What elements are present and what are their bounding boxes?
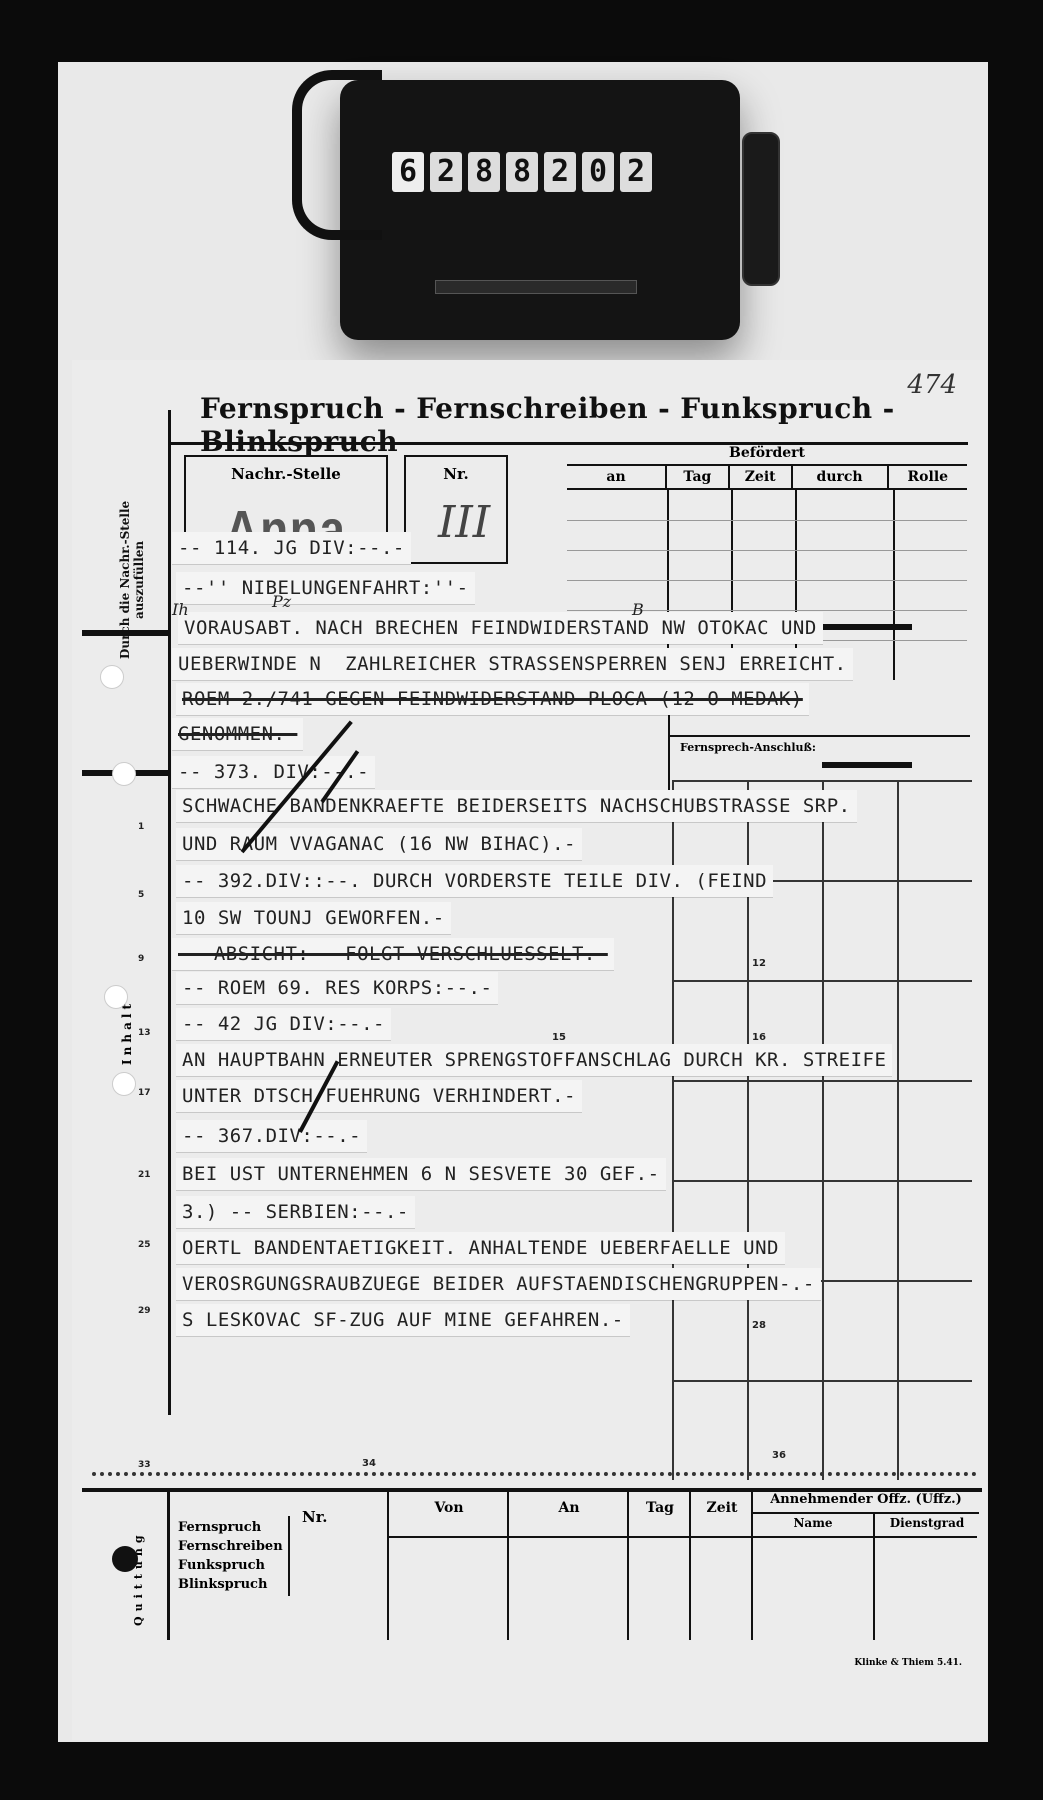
grid-number: 36: [772, 1450, 786, 1461]
quittung-section: Quittung Fernspruch Fernschreiben Funksp…: [82, 1488, 982, 1648]
tape-line: --'' NIBELUNGENFAHRT:''-: [176, 572, 475, 604]
line-number: 33: [138, 1460, 151, 1470]
punch-hole: [112, 1546, 138, 1572]
counter-digit: 8: [468, 152, 500, 192]
col-an: an: [567, 466, 667, 488]
counter-cable: [292, 70, 382, 240]
punch-hole: [100, 665, 124, 689]
margin-bar: [822, 762, 912, 768]
counter-digit: 2: [544, 152, 576, 192]
grid-number: 28: [752, 1320, 766, 1331]
handwritten-annotation: Ih: [172, 600, 189, 619]
nr-box: Nr. III: [404, 455, 508, 564]
tape-line: AN HAUPTBAHN ERNEUTER SPRENGSTOFFANSCHLA…: [176, 1044, 892, 1076]
grid-number: 34: [362, 1458, 376, 1469]
tape-line: UNTER DTSCH FUEHRUNG VERHINDERT.-: [176, 1080, 582, 1112]
punch-hole: [112, 762, 136, 786]
nr-label: Nr.: [406, 465, 506, 483]
fernsprech-anschluss-label: Fernsprech-Anschluß:: [680, 741, 816, 754]
counter-slot: [435, 280, 637, 294]
line-number: 9: [138, 954, 144, 964]
grid-number: 15: [552, 1032, 566, 1043]
quittung-label: Quittung: [132, 1508, 145, 1648]
punch-hole: [112, 1072, 136, 1096]
line-number: 1: [138, 822, 144, 832]
col-name: Name: [753, 1516, 873, 1530]
col-tag: Tag: [667, 466, 730, 488]
befordert-title: Befördert: [567, 442, 967, 466]
inhalt-label: Inhalt: [120, 1000, 134, 1065]
message-counter-device: 6 2 8 8 2 0 2: [340, 80, 740, 340]
line-number: 25: [138, 1240, 151, 1250]
tape-line: -- 114. JG DIV:--.-: [172, 532, 411, 564]
handwritten-annotation: B: [632, 600, 644, 619]
title-part: Funkspruch: [680, 392, 872, 425]
tape-line-struck: -- ABSICHT:-- FOLGT VERSCHLUESSELT.-: [172, 938, 614, 970]
perforation-line: [92, 1472, 977, 1476]
tape-line: -- 367.DIV:--.-: [176, 1120, 367, 1152]
line-number: 21: [138, 1170, 151, 1180]
line-number: 5: [138, 890, 144, 900]
nachr-stelle-label: Nachr.-Stelle: [186, 465, 386, 483]
col-zeit: Zeit: [730, 466, 793, 488]
handwritten-nr: III: [438, 497, 490, 548]
quittung-nr-label: Nr.: [302, 1508, 327, 1526]
counter-digit: 0: [582, 152, 614, 192]
tape-line: 3.) -- SERBIEN:--.-: [176, 1196, 415, 1228]
message-form: 474 Fernspruch-Fernschreiben-Funkspruch-…: [72, 360, 987, 1740]
tape-line: UEBERWINDE N ZAHLREICHER STRASSENSPERREN…: [172, 648, 853, 680]
tape-line: -- 42 JG DIV:--.-: [176, 1008, 391, 1040]
printer-mark: Klinke & Thiem 5.41.: [854, 1658, 962, 1668]
grid-number: 12: [752, 958, 766, 969]
col-an: An: [509, 1500, 629, 1516]
tape-line: VORAUSABT. NACH BRECHEN FEINDWIDERSTAND …: [178, 612, 823, 644]
side-instruction-label: Durch die Nachr.-Stelle auszufüllen: [118, 460, 138, 700]
counter-digits: 6 2 8 8 2 0 2: [392, 152, 652, 192]
tape-line: BEI UST UNTERNEHMEN 6 N SESVETE 30 GEF.-: [176, 1158, 666, 1190]
befordert-table: Befördert an Tag Zeit durch Rolle: [567, 442, 967, 680]
tape-line: -- 392.DIV::--. DURCH VORDERSTE TEILE DI…: [176, 865, 773, 897]
grid-number: 16: [752, 1032, 766, 1043]
tape-line: OERTL BANDENTAETIGKEIT. ANHALTENDE UEBER…: [176, 1232, 785, 1264]
col-zeit: Zeit: [691, 1500, 753, 1516]
title-part: Fernspruch: [200, 392, 384, 425]
title-part: Fernschreiben: [416, 392, 648, 425]
col-von: Von: [389, 1500, 509, 1516]
margin-bar: [82, 630, 168, 636]
tape-line: -- ROEM 69. RES KORPS:--.-: [176, 972, 498, 1004]
tape-line-struck: ROEM 2./741 GEGEN FEINDWIDERSTAND PLOCA …: [176, 683, 809, 715]
counter-knob-icon: [742, 132, 780, 286]
col-durch: durch: [793, 466, 889, 488]
tape-line-struck: GENOMMEN.-: [172, 718, 303, 750]
tape-line: 10 SW TOUNJ GEWORFEN.-: [176, 902, 451, 934]
counter-digit: 2: [430, 152, 462, 192]
counter-digit: 6: [392, 152, 424, 192]
tape-line: VEROSRGUNGSRAUBZUEGE BEIDER AUFSTAENDISC…: [176, 1268, 821, 1300]
counter-digit: 8: [506, 152, 538, 192]
handwritten-annotation: Pz: [272, 592, 291, 611]
col-dienstgrad: Dienstgrad: [875, 1516, 979, 1530]
tape-line: UND RAUM VVAGANAC (16 NW BIHAC).-: [176, 828, 582, 860]
line-number: 13: [138, 1028, 151, 1038]
col-rolle: Rolle: [889, 466, 967, 488]
befordert-header-row: an Tag Zeit durch Rolle: [567, 466, 967, 490]
col-tag: Tag: [629, 1500, 691, 1516]
tape-line: S LESKOVAC SF-ZUG AUF MINE GEFAHREN.-: [176, 1304, 630, 1336]
line-number: 29: [138, 1306, 151, 1316]
counter-digit: 2: [620, 152, 652, 192]
line-number: 17: [138, 1088, 151, 1098]
left-rule: [168, 410, 171, 1415]
officer-header: Annehmender Offz. (Uffz.): [753, 1492, 979, 1507]
quittung-types: Fernspruch Fernschreiben Funkspruch Blin…: [178, 1518, 283, 1594]
